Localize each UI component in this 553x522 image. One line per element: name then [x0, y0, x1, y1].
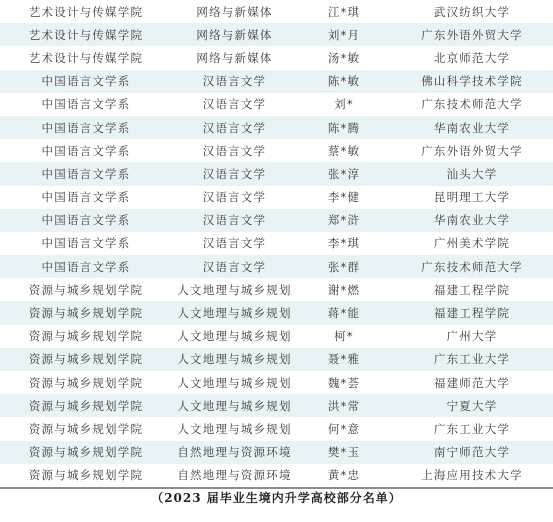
university-cell: 福建工程学院 — [391, 305, 553, 321]
university-cell: 广州大学 — [391, 328, 553, 344]
name-cell: 刘* — [297, 96, 391, 112]
college-cell: 艺术设计与传媒学院 — [0, 4, 172, 20]
college-cell: 中国语言文学系 — [0, 120, 172, 136]
name-cell: 谢*燃 — [297, 282, 391, 298]
admissions-table: 艺术设计与传媒学院网络与新媒体江*琪武汉纺织大学艺术设计与传媒学院网络与新媒体刘… — [0, 0, 553, 489]
university-cell: 广州美术学院 — [391, 235, 553, 251]
table-row: 中国语言文学系汉语言文学李*琪广州美术学院 — [0, 232, 553, 255]
name-cell: 陈*敏 — [297, 73, 391, 89]
major-cell: 人文地理与城乡规划 — [172, 305, 297, 321]
college-cell: 中国语言文学系 — [0, 73, 172, 89]
university-cell: 广东工业大学 — [391, 421, 553, 437]
major-cell: 人文地理与城乡规划 — [172, 375, 297, 391]
name-cell: 柯* — [297, 328, 391, 344]
college-cell: 资源与城乡规划学院 — [0, 421, 172, 437]
major-cell: 人文地理与城乡规划 — [172, 351, 297, 367]
major-cell: 人文地理与城乡规划 — [172, 282, 297, 298]
university-cell: 广东技术师范大学 — [391, 96, 553, 112]
university-cell: 华南农业大学 — [391, 120, 553, 136]
name-cell: 郑*浒 — [297, 212, 391, 228]
university-cell: 广东外语外贸大学 — [391, 143, 553, 159]
college-cell: 资源与城乡规划学院 — [0, 467, 172, 483]
table-row: 资源与城乡规划学院人文地理与城乡规划谢*燃福建工程学院 — [0, 278, 553, 301]
university-cell: 北京师范大学 — [391, 50, 553, 66]
university-cell: 广东工业大学 — [391, 351, 553, 367]
table-row: 资源与城乡规划学院自然地理与资源环境黄*忠上海应用技术大学 — [0, 464, 553, 487]
major-cell: 汉语言文学 — [172, 143, 297, 159]
college-cell: 艺术设计与传媒学院 — [0, 27, 172, 43]
table-row: 资源与城乡规划学院人文地理与城乡规划魏*荟福建师范大学 — [0, 371, 553, 394]
table-row: 资源与城乡规划学院自然地理与资源环境樊*玉南宁师范大学 — [0, 441, 553, 464]
name-cell: 黄*忠 — [297, 467, 391, 483]
university-cell: 广东外语外贸大学 — [391, 27, 553, 43]
college-cell: 中国语言文学系 — [0, 166, 172, 182]
table-row: 艺术设计与传媒学院网络与新媒体汤*敏北京师范大学 — [0, 46, 553, 69]
major-cell: 汉语言文学 — [172, 235, 297, 251]
college-cell: 资源与城乡规划学院 — [0, 305, 172, 321]
name-cell: 聂*雅 — [297, 351, 391, 367]
university-cell: 南宁师范大学 — [391, 444, 553, 460]
major-cell: 汉语言文学 — [172, 73, 297, 89]
college-cell: 资源与城乡规划学院 — [0, 282, 172, 298]
table-row: 资源与城乡规划学院人文地理与城乡规划洪*常宁夏大学 — [0, 394, 553, 417]
university-cell: 广东技术师范大学 — [391, 259, 553, 275]
table-row: 资源与城乡规划学院人文地理与城乡规划柯*广州大学 — [0, 325, 553, 348]
table-row: 资源与城乡规划学院人文地理与城乡规划何*意广东工业大学 — [0, 417, 553, 440]
name-cell: 李*健 — [297, 189, 391, 205]
university-cell: 昆明理工大学 — [391, 189, 553, 205]
major-cell: 汉语言文学 — [172, 259, 297, 275]
table-row: 艺术设计与传媒学院网络与新媒体江*琪武汉纺织大学 — [0, 0, 553, 23]
university-cell: 福建工程学院 — [391, 282, 553, 298]
major-cell: 自然地理与资源环境 — [172, 467, 297, 483]
name-cell: 张*淳 — [297, 166, 391, 182]
table-row: 中国语言文学系汉语言文学张*淳汕头大学 — [0, 162, 553, 185]
college-cell: 中国语言文学系 — [0, 259, 172, 275]
university-cell: 上海应用技术大学 — [391, 467, 553, 483]
name-cell: 刘*月 — [297, 27, 391, 43]
name-cell: 张*群 — [297, 259, 391, 275]
major-cell: 网络与新媒体 — [172, 4, 297, 20]
table-row: 中国语言文学系汉语言文学张*群广东技术师范大学 — [0, 255, 553, 278]
college-cell: 中国语言文学系 — [0, 96, 172, 112]
table-row: 中国语言文学系汉语言文学陈*腾华南农业大学 — [0, 116, 553, 139]
name-cell: 樊*玉 — [297, 444, 391, 460]
college-cell: 资源与城乡规划学院 — [0, 328, 172, 344]
table-row: 中国语言文学系汉语言文学郑*浒华南农业大学 — [0, 209, 553, 232]
college-cell: 资源与城乡规划学院 — [0, 375, 172, 391]
major-cell: 汉语言文学 — [172, 212, 297, 228]
college-cell: 资源与城乡规划学院 — [0, 444, 172, 460]
name-cell: 蔡*敏 — [297, 143, 391, 159]
name-cell: 江*琪 — [297, 4, 391, 20]
major-cell: 网络与新媒体 — [172, 50, 297, 66]
major-cell: 人文地理与城乡规划 — [172, 398, 297, 414]
major-cell: 人文地理与城乡规划 — [172, 328, 297, 344]
name-cell: 汤*敏 — [297, 50, 391, 66]
university-cell: 汕头大学 — [391, 166, 553, 182]
name-cell: 李*琪 — [297, 235, 391, 251]
major-cell: 汉语言文学 — [172, 189, 297, 205]
college-cell: 中国语言文学系 — [0, 143, 172, 159]
major-cell: 自然地理与资源环境 — [172, 444, 297, 460]
major-cell: 人文地理与城乡规划 — [172, 421, 297, 437]
table-row: 中国语言文学系汉语言文学刘*广东技术师范大学 — [0, 93, 553, 116]
major-cell: 汉语言文学 — [172, 120, 297, 136]
major-cell: 汉语言文学 — [172, 96, 297, 112]
college-cell: 资源与城乡规划学院 — [0, 398, 172, 414]
college-cell: 资源与城乡规划学院 — [0, 351, 172, 367]
name-cell: 何*意 — [297, 421, 391, 437]
university-cell: 宁夏大学 — [391, 398, 553, 414]
university-cell: 武汉纺织大学 — [391, 4, 553, 20]
name-cell: 洪*常 — [297, 398, 391, 414]
university-cell: 华南农业大学 — [391, 212, 553, 228]
table-caption: （2023 届毕业生境内升学高校部分名单） — [0, 489, 553, 506]
college-cell: 艺术设计与传媒学院 — [0, 50, 172, 66]
major-cell: 汉语言文学 — [172, 166, 297, 182]
table-row: 中国语言文学系汉语言文学陈*敏佛山科学技术学院 — [0, 70, 553, 93]
major-cell: 网络与新媒体 — [172, 27, 297, 43]
table-row: 中国语言文学系汉语言文学李*健昆明理工大学 — [0, 186, 553, 209]
university-cell: 福建师范大学 — [391, 375, 553, 391]
name-cell: 蒋*能 — [297, 305, 391, 321]
table-row: 资源与城乡规划学院人文地理与城乡规划蒋*能福建工程学院 — [0, 301, 553, 324]
name-cell: 魏*荟 — [297, 375, 391, 391]
college-cell: 中国语言文学系 — [0, 235, 172, 251]
college-cell: 中国语言文学系 — [0, 212, 172, 228]
table-row: 艺术设计与传媒学院网络与新媒体刘*月广东外语外贸大学 — [0, 23, 553, 46]
table-row: 资源与城乡规划学院人文地理与城乡规划聂*雅广东工业大学 — [0, 348, 553, 371]
name-cell: 陈*腾 — [297, 120, 391, 136]
table-row: 中国语言文学系汉语言文学蔡*敏广东外语外贸大学 — [0, 139, 553, 162]
university-cell: 佛山科学技术学院 — [391, 73, 553, 89]
college-cell: 中国语言文学系 — [0, 189, 172, 205]
